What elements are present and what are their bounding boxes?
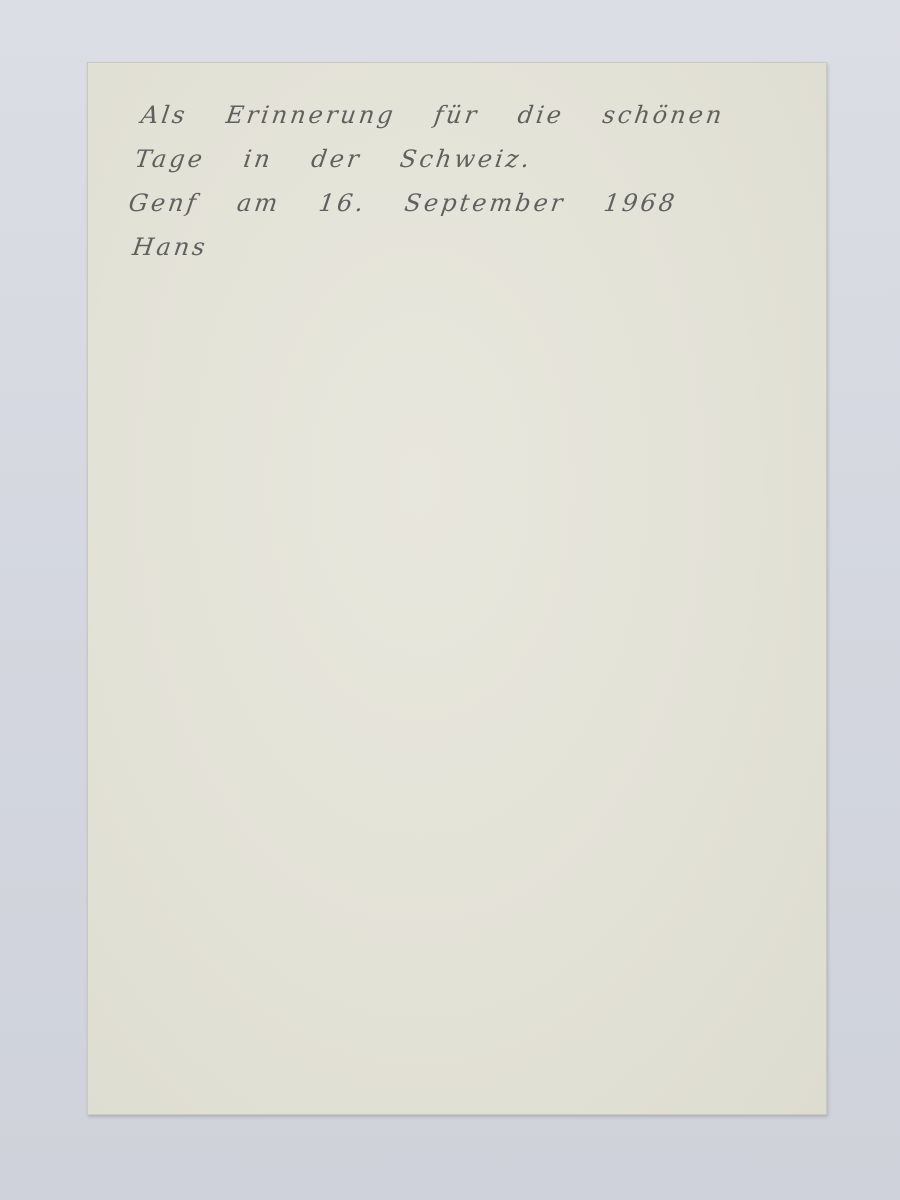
handwritten-note: Als Erinnerung für die schönen Tage in d… (120, 93, 785, 269)
note-line-2: Tage in der Schweiz. (132, 137, 778, 181)
note-line-1: Als Erinnerung für die schönen (138, 93, 784, 137)
note-line-date: Genf am 16. September 1968 (126, 181, 772, 225)
note-signature: Hans (120, 225, 766, 269)
card-back: Als Erinnerung für die schönen Tage in d… (87, 62, 827, 1115)
